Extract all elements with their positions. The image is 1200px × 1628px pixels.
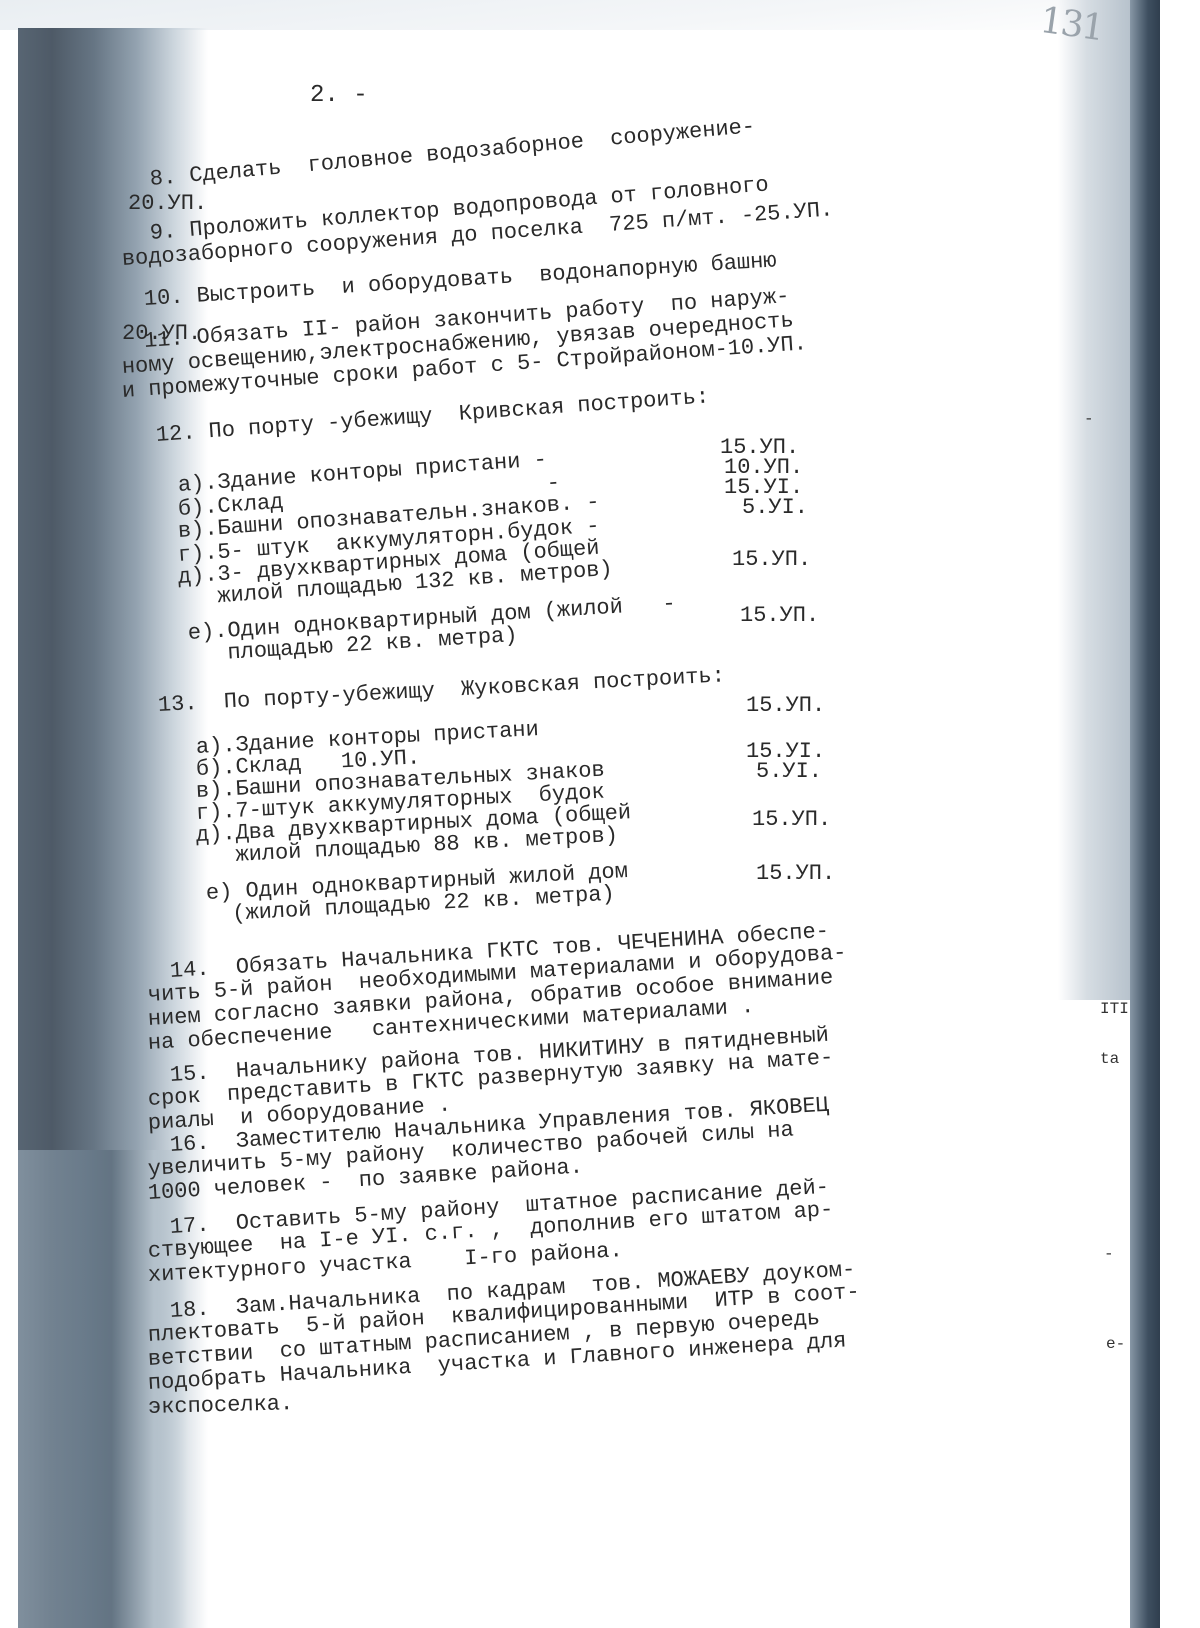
scan-right-shadow xyxy=(1058,0,1130,1000)
item-13-header: 13. По порту-убежищу Жуковская построить… xyxy=(157,664,725,718)
edge-fragment: - xyxy=(1104,1245,1114,1263)
edge-fragment: ITI xyxy=(1100,1000,1129,1018)
item-13-row-v-date: 5.УI. xyxy=(756,760,822,784)
item-12-row-v-date: 5.УI. xyxy=(742,496,808,520)
item-13-row-d-date: 15.УП. xyxy=(752,808,831,832)
item-13-header-date: 15.УП. xyxy=(746,694,825,718)
item-12-row-d-date: 15.УП. xyxy=(732,548,811,572)
edge-fragment: ta xyxy=(1100,1050,1119,1068)
item-13-row-e-date: 15.УП. xyxy=(756,862,835,886)
item-8-line-2: 20.УП. xyxy=(128,192,207,216)
page-header: 2. - xyxy=(310,84,368,108)
scan-right-edge xyxy=(1130,0,1160,1628)
edge-fragment: - xyxy=(1084,410,1094,428)
document-body: 2. - 8. Сделать головное водозаборное со… xyxy=(150,0,1010,1628)
handwritten-page-number: 131 xyxy=(1037,0,1105,49)
edge-fragment: e- xyxy=(1106,1335,1125,1353)
item-18-line-5: экспоселка. xyxy=(148,1392,294,1420)
scan-right-margin xyxy=(1160,0,1200,1628)
item-12-row-e-date: 15.УП. xyxy=(740,604,819,628)
